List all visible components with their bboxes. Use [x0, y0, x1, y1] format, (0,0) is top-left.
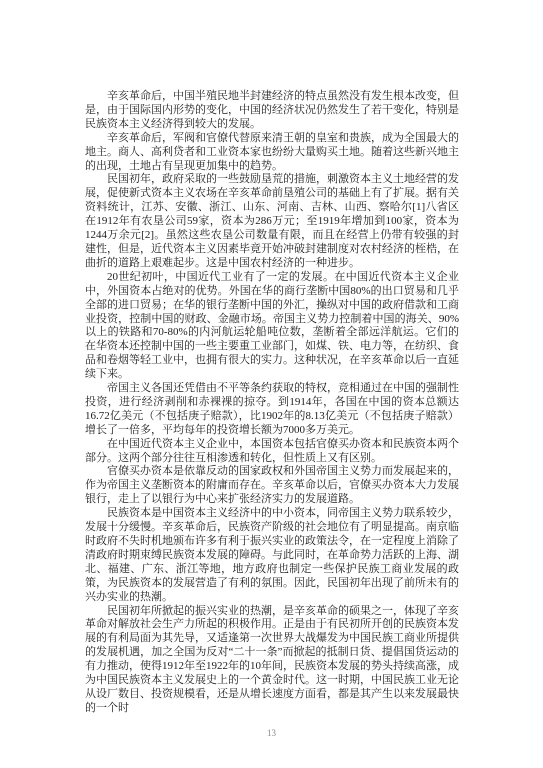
paragraph-6: 在中国近代资本主义企业中，本国资本包括官僚买办资本和民族资本两个部分。这两个部分… — [85, 438, 459, 466]
paragraph-5: 帝国主义各国还凭借由不平等条约获取的特权，竞相通过在中国的强制性投资，进行经济剥… — [85, 382, 459, 438]
paragraph-8: 民族资本是中国资本主义经济中的中小资本，同帝国主义势力联系较少，发展十分缓慢。辛… — [85, 507, 459, 604]
paragraph-1: 辛亥革命后，中国半殖民地半封建经济的特点虽然没有发生根本改变，但是，由于国际国内… — [85, 90, 459, 132]
page-number: 13 — [0, 728, 543, 738]
paragraph-9: 民国初年所掀起的振兴实业的热潮，是辛亥革命的硕果之一，体现了辛亥革命对解放社会生… — [85, 605, 459, 716]
paragraph-3: 民国初年，政府采取的一些鼓励垦荒的措施，刺激资本主义土地经营的发展，促使新式资本… — [85, 173, 459, 270]
paragraph-7: 官僚买办资本是依靠反动的国家政权和外国帝国主义势力而发展起来的，作为帝国主义垄断… — [85, 465, 459, 507]
document-page: 辛亥革命后，中国半殖民地半封建经济的特点虽然没有发生根本改变，但是，由于国际国内… — [0, 0, 543, 768]
paragraph-2: 辛亥革命后，军阀和官僚代替原来清王朝的皇室和贵族，成为全国最大的地主。商人、高利… — [85, 132, 459, 174]
paragraph-4: 20世纪初叶，中国近代工业有了一定的发展。在中国近代资本主义企业中，外国资本占绝… — [85, 271, 459, 382]
body-text: 辛亥革命后，中国半殖民地半封建经济的特点虽然没有发生根本改变，但是，由于国际国内… — [85, 90, 459, 716]
